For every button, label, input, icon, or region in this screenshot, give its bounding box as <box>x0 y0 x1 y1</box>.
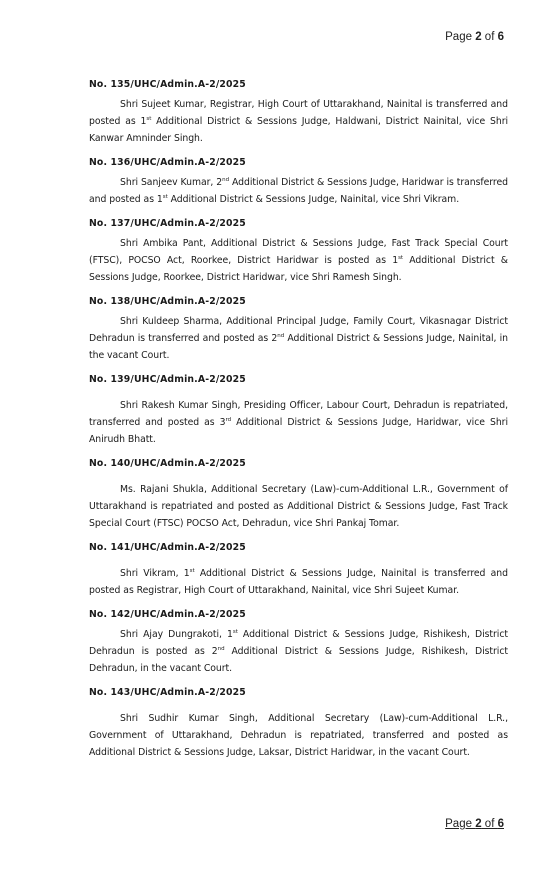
order-text: Shri Sujeet Kumar, Registrar, High Court… <box>89 96 508 147</box>
order-139: No. 139/UHC/Admin.A-2/2025 Shri Rakesh K… <box>89 373 508 448</box>
order-text: Shri Rakesh Kumar Singh, Presiding Offic… <box>89 397 508 448</box>
page-total: 6 <box>498 31 504 43</box>
page-of-label: of <box>482 818 498 830</box>
order-text: Shri Ajay Dungrakoti, 1st Additional Dis… <box>89 626 508 677</box>
page-number-footer: Page 2 of 6 <box>445 818 504 830</box>
order-136: No. 136/UHC/Admin.A-2/2025 Shri Sanjeev … <box>89 156 508 208</box>
order-142: No. 142/UHC/Admin.A-2/2025 Shri Ajay Dun… <box>89 608 508 677</box>
order-text: Shri Vikram, 1st Additional District & S… <box>89 565 508 599</box>
page-label: Page <box>445 31 475 43</box>
order-text: Shri Sudhir Kumar Singh, Additional Secr… <box>89 710 508 761</box>
page-number-header: Page 2 of 6 <box>445 31 504 43</box>
order-143: No. 143/UHC/Admin.A-2/2025 Shri Sudhir K… <box>89 686 508 761</box>
page-label: Page <box>445 818 475 830</box>
page-of-label: of <box>482 31 498 43</box>
order-text: Shri Ambika Pant, Additional District & … <box>89 235 508 286</box>
order-135: No. 135/UHC/Admin.A-2/2025 Shri Sujeet K… <box>89 78 508 147</box>
order-number: No. 142/UHC/Admin.A-2/2025 <box>89 608 508 622</box>
order-text: Shri Kuldeep Sharma, Additional Principa… <box>89 313 508 364</box>
page-total: 6 <box>498 818 504 830</box>
order-141: No. 141/UHC/Admin.A-2/2025 Shri Vikram, … <box>89 541 508 599</box>
document-body: No. 135/UHC/Admin.A-2/2025 Shri Sujeet K… <box>89 78 508 770</box>
order-number: No. 140/UHC/Admin.A-2/2025 <box>89 457 508 471</box>
order-number: No. 136/UHC/Admin.A-2/2025 <box>89 156 508 170</box>
order-number: No. 143/UHC/Admin.A-2/2025 <box>89 686 508 700</box>
order-text: Shri Sanjeev Kumar, 2nd Additional Distr… <box>89 174 508 208</box>
order-number: No. 137/UHC/Admin.A-2/2025 <box>89 217 508 231</box>
order-number: No. 138/UHC/Admin.A-2/2025 <box>89 295 508 309</box>
order-138: No. 138/UHC/Admin.A-2/2025 Shri Kuldeep … <box>89 295 508 364</box>
order-number: No. 139/UHC/Admin.A-2/2025 <box>89 373 508 387</box>
order-140: No. 140/UHC/Admin.A-2/2025 Ms. Rajani Sh… <box>89 457 508 532</box>
order-number: No. 141/UHC/Admin.A-2/2025 <box>89 541 508 555</box>
order-137: No. 137/UHC/Admin.A-2/2025 Shri Ambika P… <box>89 217 508 286</box>
order-number: No. 135/UHC/Admin.A-2/2025 <box>89 78 508 92</box>
order-text: Ms. Rajani Shukla, Additional Secretary … <box>89 481 508 532</box>
